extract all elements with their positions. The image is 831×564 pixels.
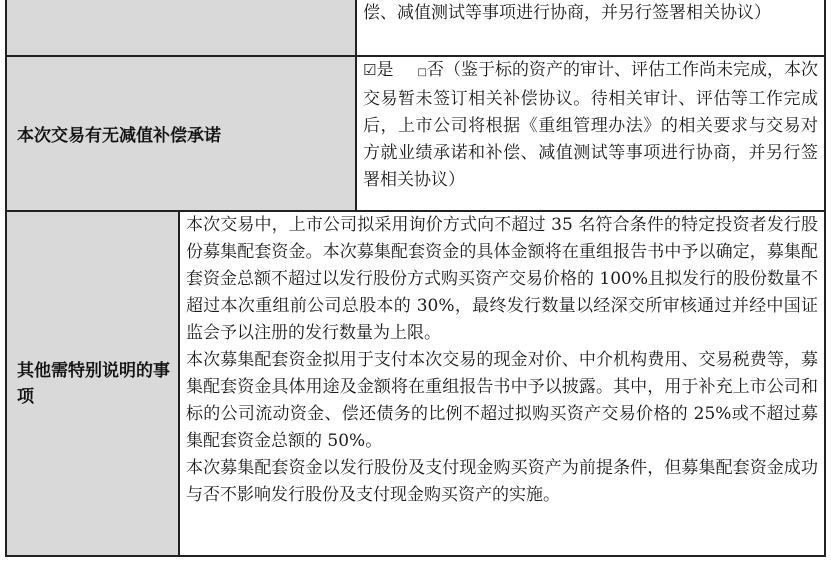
row3-label-cell: 其他需特别说明的事项 [7, 212, 178, 555]
row1-content-cell: 偿、减值测试等事项进行协商，并另行签署相关协议） [357, 0, 824, 55]
row2-content-cell: ☑是□否（鉴于标的资产的审计、评估工作尚未完成，本次交易暂未签订相关补偿协议。待… [357, 57, 824, 210]
row3-paragraph-1: 本次交易中，上市公司拟采用询价方式向不超过 35 名符合条件的特定投资者发行股份… [186, 212, 818, 347]
row2-content: ☑是□否（鉴于标的资产的审计、评估工作尚未完成，本次交易暂未签订相关补偿协议。待… [363, 57, 818, 194]
row3-content-cell: 本次交易中，上市公司拟采用询价方式向不超过 35 名符合条件的特定投资者发行股份… [180, 212, 824, 555]
row1-content: 偿、减值测试等事项进行协商，并另行签署相关协议） [363, 0, 818, 27]
row2-label-cell: 本次交易有无减值补偿承诺 [7, 57, 355, 210]
row3-paragraph-3: 本次募集配套资金以发行股份及支付现金购买资产为前提条件，但募集配套资金成功与否不… [186, 455, 818, 509]
col-divider-top [355, 0, 357, 210]
row3-paragraph-2: 本次募集配套资金拟用于支付本次交易的现金对价、中介机构费用、交易税费等，募集配套… [186, 347, 818, 455]
row1-label-cell [7, 0, 355, 55]
option-yes-label: 是 [376, 60, 393, 80]
row2-label: 本次交易有无减值补偿承诺 [17, 121, 221, 146]
row3-label: 其他需特别说明的事项 [17, 358, 178, 410]
option-no-label: 否 [427, 60, 444, 80]
checkbox-checked-icon[interactable]: ☑ [363, 61, 376, 79]
disclosure-table: 偿、减值测试等事项进行协商，并另行签署相关协议） 本次交易有无减值补偿承诺 ☑是… [5, 0, 826, 557]
checkbox-unchecked-icon[interactable]: □ [417, 67, 426, 78]
